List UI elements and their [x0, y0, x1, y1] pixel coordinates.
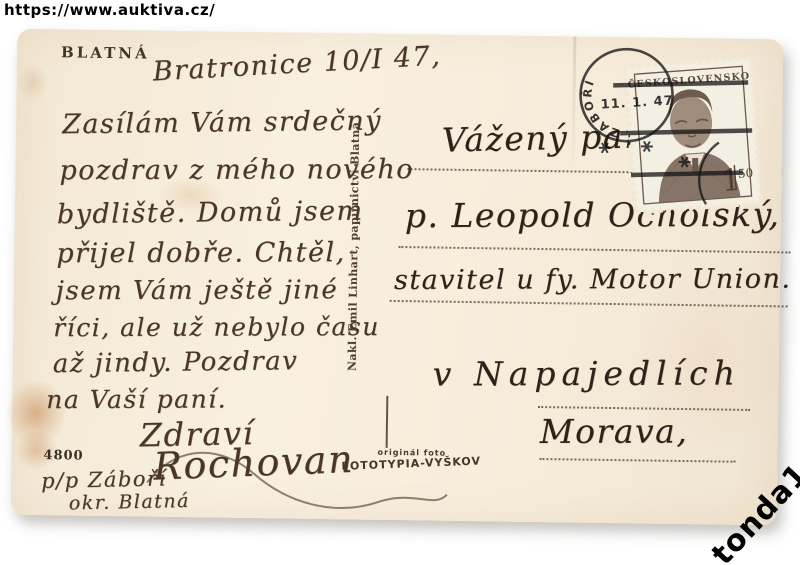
address-rule — [538, 406, 750, 411]
address-line: Vážený pan — [442, 116, 648, 159]
message-line: jsem Vám ještě jiné — [56, 275, 339, 306]
address-line: v Napajedlích — [433, 353, 741, 393]
address-line: stavitel u fy. Motor Union. — [394, 264, 792, 296]
message-line: říci, ale už nebylo času — [53, 312, 380, 342]
message-line: na Vaší paní. — [46, 384, 227, 414]
message-line: přijel dobře. Chtěl, — [56, 237, 345, 269]
signature: Rochovan — [152, 437, 354, 489]
address-rule — [390, 300, 788, 308]
message-line: bydliště. Domů jsem — [57, 195, 364, 230]
address-rule — [539, 458, 735, 463]
postcard-title: BLATNÁ — [61, 43, 150, 62]
postage-stamp: ČESKOSLOVENSKO 1 50 — [623, 56, 764, 215]
message-line: až jindy. Pozdrav — [53, 346, 299, 379]
address-rule — [407, 168, 659, 174]
handwritten-dateline: Bratronice 10/I 47, — [152, 40, 442, 87]
address-line: Morava, — [540, 411, 689, 451]
auction-photo: https://www.auktiva.cz/ BLATNÁ Bratronic… — [0, 0, 800, 565]
url-watermark: https://www.auktiva.cz/ — [4, 1, 215, 19]
print-number: 4800 — [43, 448, 83, 464]
message-line: Zasílám Vám srdečný — [62, 105, 382, 140]
paper-stain — [10, 55, 55, 112]
publisher-imprint: Nakl. Emil Linhart, papírnictví Blatná — [345, 96, 363, 396]
address-rule — [398, 246, 790, 253]
svg-text:50: 50 — [737, 166, 753, 181]
postcard: BLATNÁ Bratronice 10/I 47, Zasílám Vám s… — [11, 29, 784, 526]
